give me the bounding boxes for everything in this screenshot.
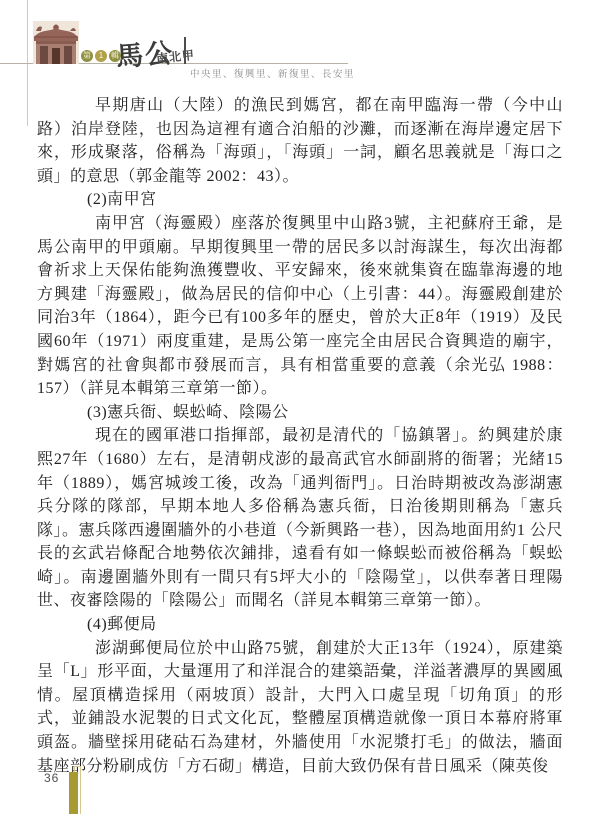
paragraph: 澎湖郵便局位於中山路75號，創建於大正13年（1924），原建築呈「L」形平面，… (37, 637, 563, 779)
page-body-text: 早期唐山（大陸）的漁民到媽宮，都在南甲臨海一帶（今中山路）泊岸登陸，也因為這裡有… (37, 94, 563, 778)
badge-char-icon: 第 (81, 50, 93, 62)
temple-roof-photo (33, 21, 79, 64)
book-page: 第 1 輯 馬公 南北甲 中央里、復興里、新復里、長安里 早期唐山（大陸）的漁民… (0, 0, 600, 814)
footer-gold-bar (69, 772, 78, 814)
village-list-subtitle: 中央里、復興里、新復里、長安里 (190, 66, 355, 80)
title-divider-bar (184, 37, 186, 64)
paragraph: 早期唐山（大陸）的漁民到媽宮，都在南甲臨海一帶（今中山路）泊岸登陸，也因為這裡有… (37, 94, 563, 188)
section-heading: (2)南甲宮 (37, 188, 563, 212)
paragraph: 南甲宮（海靈殿）座落於復興里中山路3號，主祀蘇府王爺，是馬公南甲的甲頭廟。早期復… (37, 212, 563, 401)
section-heading: (3)憲兵衙、蜈蚣崎、陰陽公 (37, 401, 563, 425)
badge-char-icon: 1 (95, 50, 107, 62)
section-heading: (4)郵便局 (37, 613, 563, 637)
page-number: 36 (44, 771, 59, 785)
paragraph: 現在的國軍港口指揮部，最初是清代的「協鎮署」。約興建於康熙27年（1680）左右… (37, 424, 563, 613)
